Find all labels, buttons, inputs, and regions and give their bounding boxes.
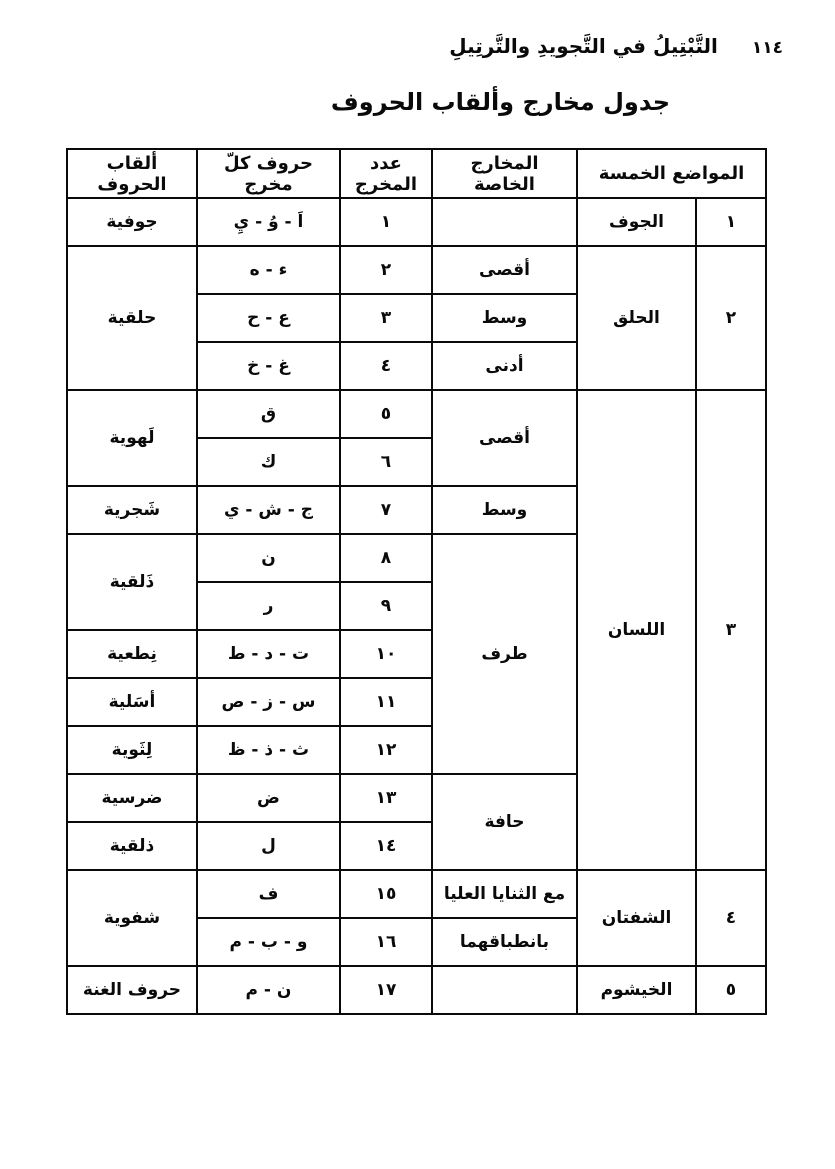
header-row: المواضع الخمسة المخارج الخاصة عدد المخرج…	[67, 149, 766, 198]
cell-count: ٩	[340, 582, 432, 630]
cell-letters: س - ز - ص	[197, 678, 340, 726]
cell-count: ١٥	[340, 870, 432, 918]
cell-count: ٨	[340, 534, 432, 582]
cell-letters: ل	[197, 822, 340, 870]
cell-name: ذَلقية	[67, 534, 197, 630]
cell-count: ١١	[340, 678, 432, 726]
cell-special: وسط	[432, 486, 577, 534]
cell-name: نِطعية	[67, 630, 197, 678]
cell-count: ١٦	[340, 918, 432, 966]
cell-special: أدنى	[432, 342, 577, 390]
cell-letters: ع - ح	[197, 294, 340, 342]
cell-name: شفوية	[67, 870, 197, 966]
cell-letters: ن - م	[197, 966, 340, 1014]
cell-name: شَجرية	[67, 486, 197, 534]
cell-count: ٣	[340, 294, 432, 342]
cell-section-number: ٢	[696, 246, 766, 390]
cell-letters: غ - خ	[197, 342, 340, 390]
cell-letters: ء - ه	[197, 246, 340, 294]
cell-name: جوفية	[67, 198, 197, 246]
cell-count: ١٣	[340, 774, 432, 822]
cell-letters: ق	[197, 390, 340, 438]
cell-name: لَهوية	[67, 390, 197, 486]
cell-name: ذلقية	[67, 822, 197, 870]
header-special-makharij: المخارج الخاصة	[432, 149, 577, 198]
cell-count: ١٤	[340, 822, 432, 870]
cell-name: أسَلية	[67, 678, 197, 726]
cell-count: ١٢	[340, 726, 432, 774]
cell-section-number: ١	[696, 198, 766, 246]
header-letters: حروف كلّ مخرج	[197, 149, 340, 198]
cell-special	[432, 966, 577, 1014]
book-title: التَّبْتِيلُ في التَّجويدِ والتَّرتِيلِ	[449, 34, 718, 58]
cell-section-number: ٥	[696, 966, 766, 1014]
table-row: ٢ الحلق أقصى ٢ ء - ه حلقية	[67, 246, 766, 294]
cell-name: حروف الغنة	[67, 966, 197, 1014]
cell-special: بانطباقهما	[432, 918, 577, 966]
header-makhraj-count: عدد المخرج	[340, 149, 432, 198]
cell-count: ٥	[340, 390, 432, 438]
cell-count: ٢	[340, 246, 432, 294]
cell-letters: ث - ذ - ظ	[197, 726, 340, 774]
cell-name: حلقية	[67, 246, 197, 390]
cell-count: ١٧	[340, 966, 432, 1014]
cell-count: ٦	[340, 438, 432, 486]
header-positions: المواضع الخمسة	[577, 149, 766, 198]
cell-special: وسط	[432, 294, 577, 342]
cell-position: الخيشوم	[577, 966, 696, 1014]
cell-position: الشفتان	[577, 870, 696, 966]
cell-position: الجوف	[577, 198, 696, 246]
table-row: ٤ الشفتان مع الثنايا العليا ١٥ ف شفوية	[67, 870, 766, 918]
table-row: ١ الجوف ١ اَ - وُ - يِ جوفية	[67, 198, 766, 246]
makharij-table: المواضع الخمسة المخارج الخاصة عدد المخرج…	[66, 148, 767, 1015]
page-number: ١١٤	[752, 38, 783, 58]
cell-name: ضرسية	[67, 774, 197, 822]
cell-count: ١٠	[340, 630, 432, 678]
cell-name: لِثَوية	[67, 726, 197, 774]
cell-special: مع الثنايا العليا	[432, 870, 577, 918]
cell-section-number: ٤	[696, 870, 766, 966]
cell-letters: و - ب - م	[197, 918, 340, 966]
cell-position: الحلق	[577, 246, 696, 390]
cell-letters: ك	[197, 438, 340, 486]
header-letter-names: ألقاب الحروف	[67, 149, 197, 198]
page-header: ١١٤ التَّبْتِيلُ في التَّجويدِ والتَّرتِ…	[449, 34, 783, 58]
cell-special: أقصى	[432, 246, 577, 294]
cell-count: ١	[340, 198, 432, 246]
cell-letters: ت - د - ط	[197, 630, 340, 678]
cell-special: أقصى	[432, 390, 577, 486]
cell-special: حافة	[432, 774, 577, 870]
table-row: ٣ اللسان أقصى ٥ ق لَهوية	[67, 390, 766, 438]
cell-count: ٧	[340, 486, 432, 534]
cell-position: اللسان	[577, 390, 696, 870]
cell-section-number: ٣	[696, 390, 766, 870]
cell-letters: ض	[197, 774, 340, 822]
cell-letters: اَ - وُ - يِ	[197, 198, 340, 246]
cell-letters: ف	[197, 870, 340, 918]
cell-letters: ج - ش - ي	[197, 486, 340, 534]
cell-letters: ن	[197, 534, 340, 582]
cell-letters: ر	[197, 582, 340, 630]
cell-special	[432, 198, 577, 246]
cell-count: ٤	[340, 342, 432, 390]
table-title: جدول مخارج وألقاب الحروف	[331, 88, 670, 116]
table-row: ٥ الخيشوم ١٧ ن - م حروف الغنة	[67, 966, 766, 1014]
cell-special: طرف	[432, 534, 577, 774]
